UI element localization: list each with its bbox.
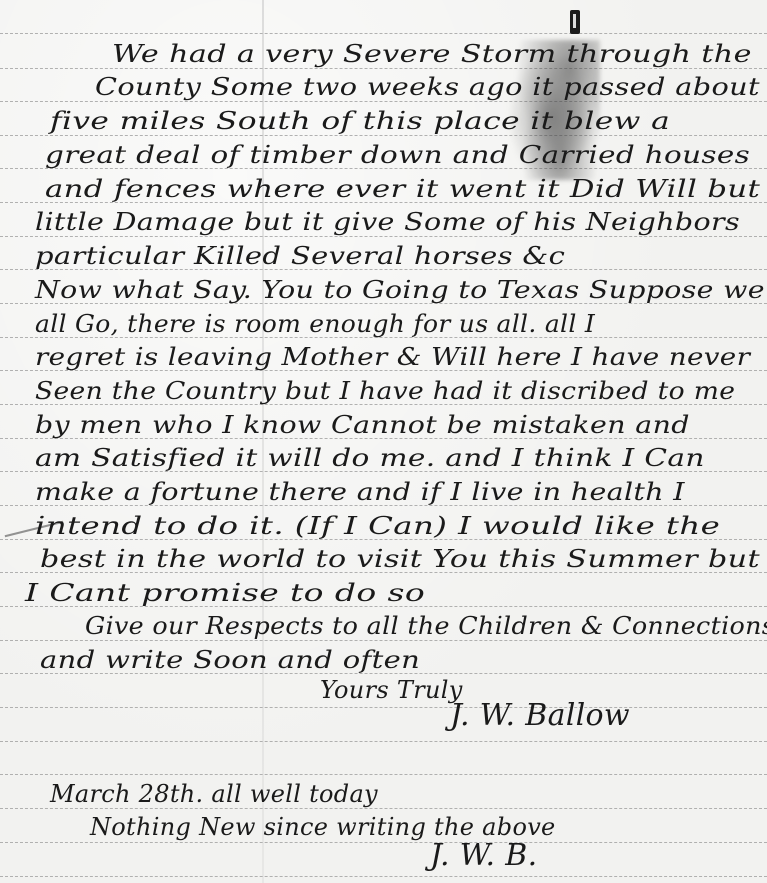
ruled-line [0, 876, 767, 877]
letter-line: best in the world to visit You this Summ… [40, 545, 760, 573]
letter-line: make a fortune there and if I live in he… [35, 478, 685, 506]
ruled-line [0, 774, 767, 775]
ruled-line [0, 808, 767, 809]
postscript-line: March 28th. all well today [50, 780, 378, 808]
letter-line: We had a very Severe Storm through the [112, 40, 752, 68]
letter-line: all Go, there is room enough for us all.… [35, 310, 595, 338]
letter-line: Give our Respects to all the Children & … [85, 612, 767, 640]
letter-line: five miles South of this place it blew a [50, 107, 670, 135]
ruled-line [0, 135, 767, 136]
ruled-line [0, 33, 767, 34]
letter-page: We had a very Severe Storm through the C… [0, 0, 767, 883]
letter-line: and fences where ever it went it Did Wil… [45, 175, 760, 203]
ruled-line [0, 236, 767, 237]
ruled-line [0, 707, 767, 708]
ruled-line [0, 68, 767, 69]
letter-line: little Damage but it give Some of his Ne… [35, 208, 740, 236]
ruled-line [0, 640, 767, 641]
letter-line: and write Soon and often [40, 646, 420, 674]
signature: J. W. Ballow [450, 698, 630, 733]
postscript-line: Nothing New since writing the above [90, 813, 556, 841]
letter-line: regret is leaving Mother & Will here I h… [35, 343, 750, 371]
closing: Yours Truly [320, 676, 463, 704]
ruled-line [0, 842, 767, 843]
letter-line: am Satisfied it will do me. and I think … [35, 444, 705, 472]
letter-line: Now what Say. You to Going to Texas Supp… [35, 276, 765, 304]
ruled-line [0, 741, 767, 742]
letter-line: particular Killed Several horses &c [35, 242, 565, 270]
letter-line: I Cant promise to do so [25, 579, 425, 607]
ruled-line [0, 101, 767, 102]
letter-line: Seen the Country but I have had it discr… [35, 377, 735, 405]
letter-line: County Some two weeks ago it passed abou… [95, 73, 760, 101]
letter-line: great deal of timber down and Carried ho… [45, 141, 750, 169]
tape-mark [570, 10, 580, 34]
letter-line: by men who I know Cannot be mistaken and [35, 411, 690, 439]
postscript-initials: J. W. B. [430, 838, 537, 873]
letter-line: intend to do it. (If I Can) I would like… [35, 512, 720, 540]
